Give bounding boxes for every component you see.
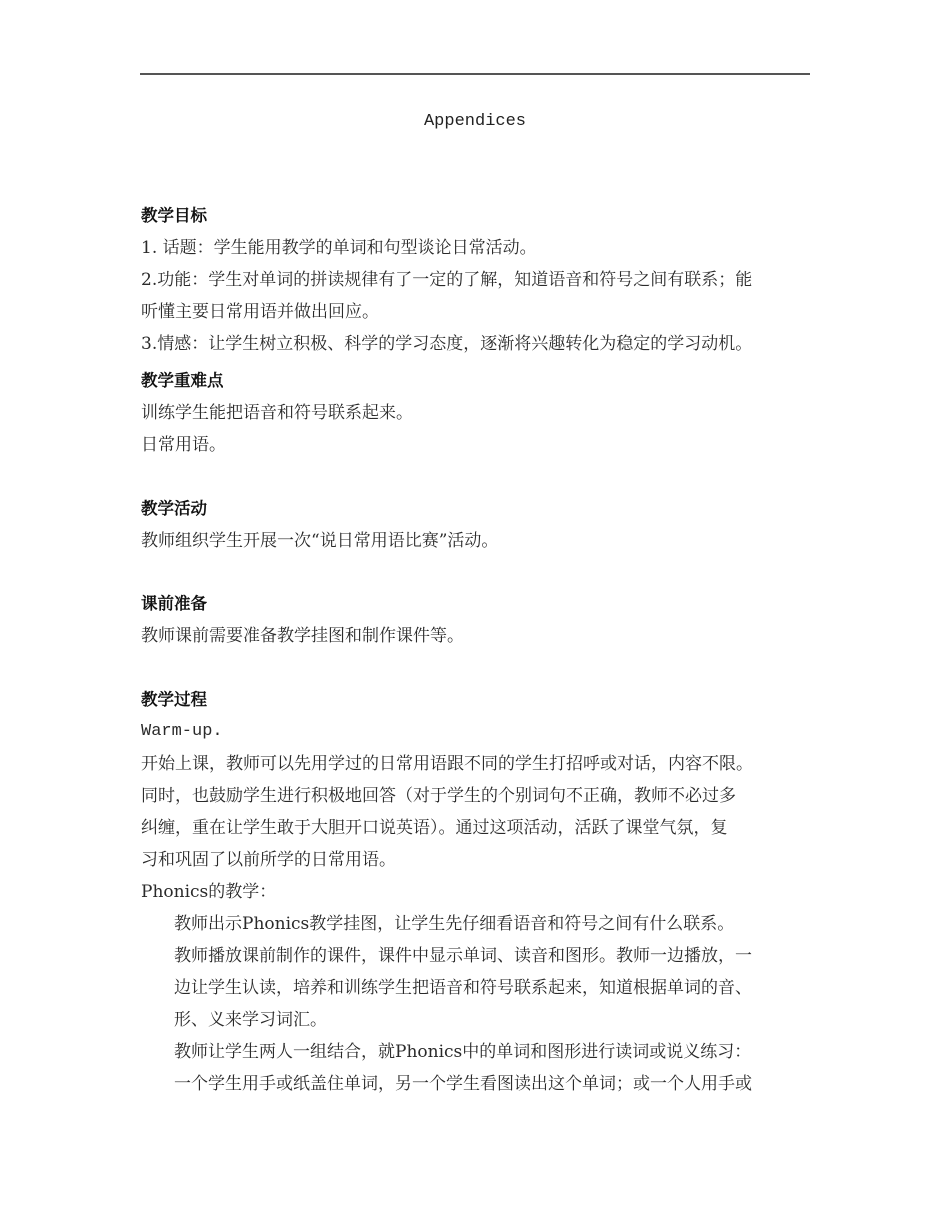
page-title: Appendices xyxy=(0,112,950,131)
objective-line: 3.情感：让学生树立积极、科学的学习态度，逐渐将兴趣转化为稳定的学习动机。 xyxy=(141,332,752,356)
objective-line: 1. 话题：学生能用教学的单词和句型谈论日常活动。 xyxy=(141,236,537,260)
phonics-line: 教师出示Phonics教学挂图，让学生先仔细看语音和符号之间有什么联系。 xyxy=(174,912,734,936)
heading-key-points: 教学重难点 xyxy=(141,369,224,393)
heading-process: 教学过程 xyxy=(141,688,207,712)
warmup-line: 开始上课，教师可以先用学过的日常用语跟不同的学生打招呼或对话，内容不限。 xyxy=(141,752,753,776)
heading-objectives: 教学目标 xyxy=(141,204,207,228)
warmup-line: 习和巩固了以前所学的日常用语。 xyxy=(141,848,396,872)
objective-line: 2.功能：学生对单词的拼读规律有了一定的了解，知道语音和符号之间有联系；能 xyxy=(141,268,752,292)
phonics-line: 一个学生用手或纸盖住单词，另一个学生看图读出这个单词；或一个人用手或 xyxy=(174,1072,752,1096)
objective-line: 听懂主要日常用语并做出回应。 xyxy=(141,300,379,324)
key-point-line: 日常用语。 xyxy=(141,433,226,457)
preparation-line: 教师课前需要准备教学挂图和制作课件等。 xyxy=(141,624,464,648)
phonics-line: 教师让学生两人一组结合，就Phonics中的单词和图形进行读词或说义练习： xyxy=(174,1040,751,1064)
phonics-line: 边让学生认读，培养和训练学生把语音和符号联系起来，知道根据单词的音、 xyxy=(174,976,752,1000)
warmup-line: 同时，也鼓励学生进行积极地回答（对于学生的个别词句不正确，教师不必过多 xyxy=(141,784,736,808)
heading-preparation: 课前准备 xyxy=(141,592,207,616)
warmup-label: Warm-up. xyxy=(141,720,223,744)
phonics-line: 形、义来学习词汇。 xyxy=(174,1008,327,1032)
header-rule xyxy=(140,73,810,75)
activity-line: 教师组织学生开展一次“说日常用语比赛”活动。 xyxy=(141,529,498,553)
key-point-line: 训练学生能把语音和符号联系起来。 xyxy=(141,401,413,425)
heading-activities: 教学活动 xyxy=(141,497,207,521)
warmup-line: 纠缠，重在让学生敢于大胆开口说英语）。通过这项活动，活跃了课堂气氛，复 xyxy=(141,816,728,840)
phonics-line: 教师播放课前制作的课件，课件中显示单词、读音和图形。教师一边播放，一 xyxy=(174,944,752,968)
phonics-label: Phonics的教学： xyxy=(141,880,276,904)
